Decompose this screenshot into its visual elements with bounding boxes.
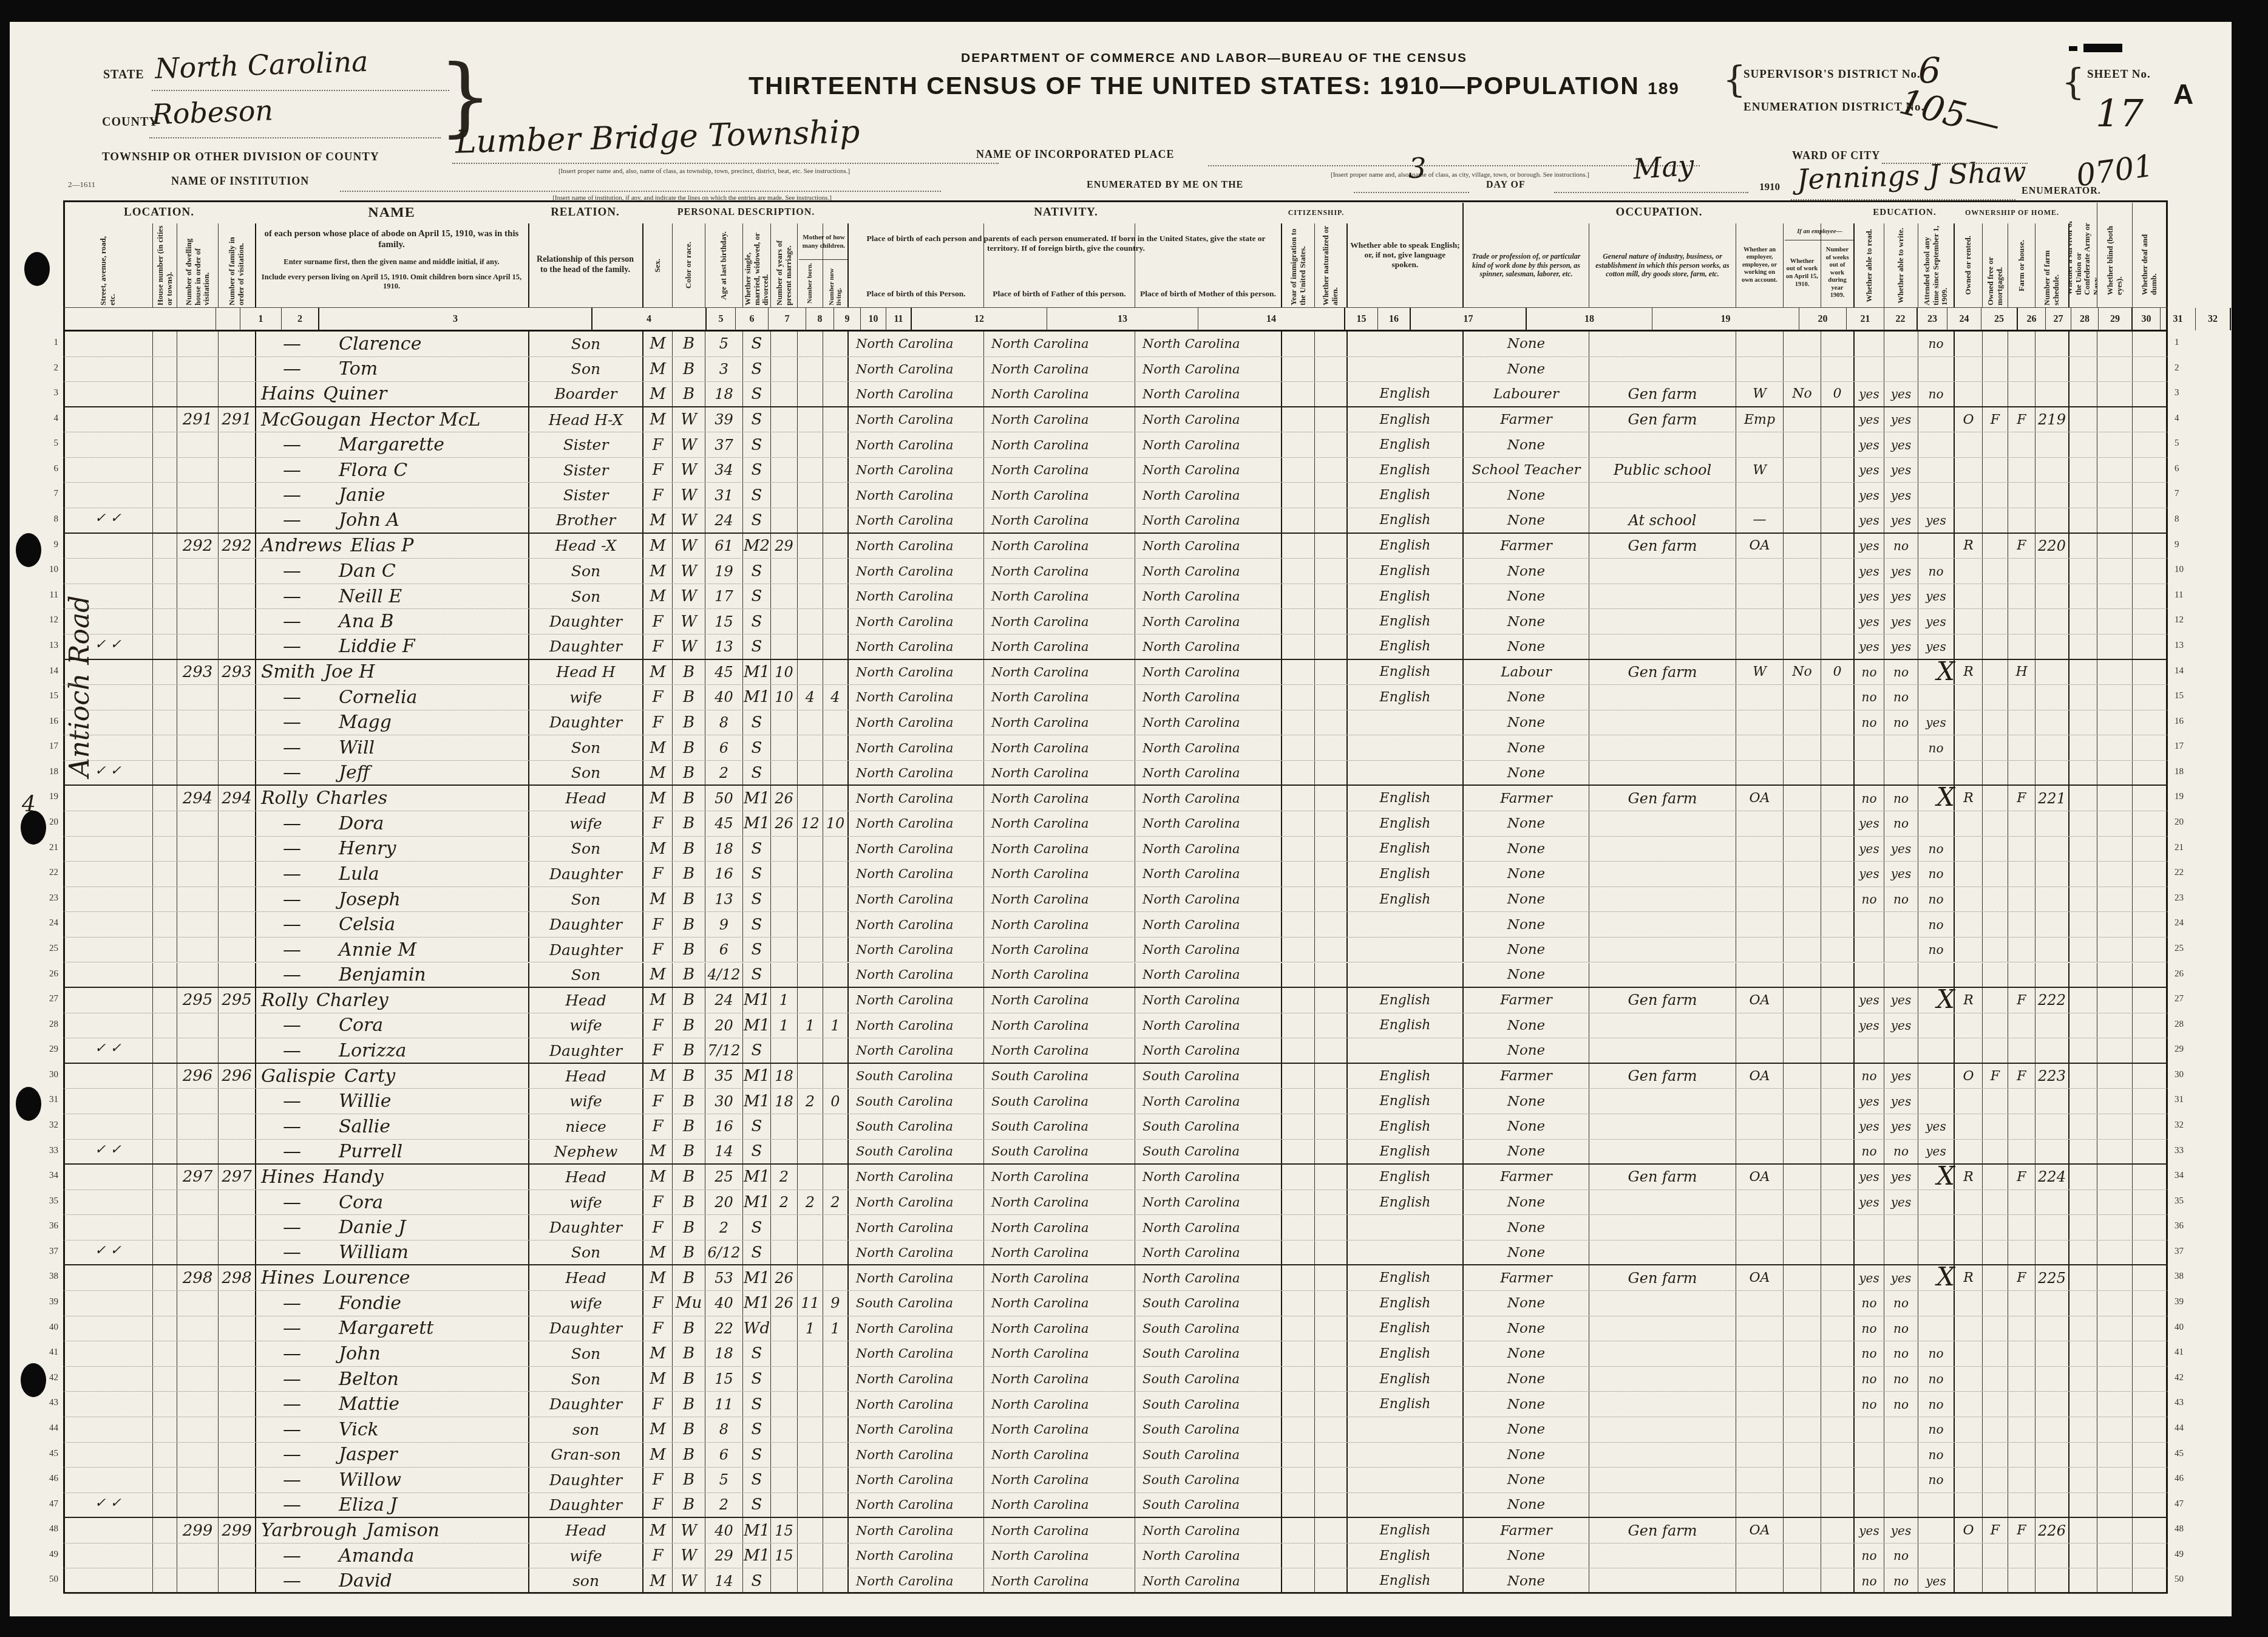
cell-wr: yes	[1884, 458, 1918, 483]
cell-fam	[219, 1367, 256, 1392]
cell-lg: English	[1348, 1013, 1464, 1038]
cell-oc: None	[1464, 887, 1589, 912]
cell-bp: North Carolina	[849, 938, 984, 962]
cell-name: —Cora	[256, 1190, 529, 1215]
cell-cr: B	[673, 357, 705, 382]
row-number-left: 12	[35, 615, 58, 625]
cell-wr: no	[1884, 534, 1918, 559]
table-row: —WilliewifeFB30M11820South CarolinaSouth…	[63, 1089, 2168, 1114]
cell-bp: North Carolina	[849, 1367, 984, 1392]
cell-mf	[1983, 357, 2008, 382]
cell-rd: yes	[1855, 584, 1884, 609]
enumerated-by-label: ENUMERATED BY ME ON THE	[1087, 180, 1243, 191]
cell-lm	[63, 1265, 153, 1290]
scan-edge-bottom	[0, 1616, 2268, 1637]
cell-ow	[1784, 1038, 1821, 1063]
cell-ms: S	[743, 761, 771, 785]
sheet-label: SHEET No.	[2087, 68, 2151, 81]
cell-cb: 4	[798, 685, 823, 710]
cell-ow	[1784, 407, 1821, 432]
surname: —	[261, 712, 305, 733]
surname: —	[261, 1318, 305, 1339]
cell-house	[153, 1543, 177, 1568]
cell-fam	[219, 1114, 256, 1139]
cell-df	[2133, 1518, 2168, 1543]
cell-wr: yes	[1884, 988, 1918, 1013]
cell-nat	[1315, 382, 1348, 406]
cell-bl	[2097, 1367, 2133, 1392]
cell-mf	[1983, 432, 2008, 457]
cell-rd	[1855, 761, 1884, 785]
cell-bf: North Carolina	[984, 786, 1135, 811]
cell-nat	[1315, 1013, 1348, 1038]
cell-rd: no	[1855, 1064, 1884, 1089]
cell-imm	[1282, 761, 1315, 785]
cell-rel: Daughter	[529, 635, 643, 659]
cell-vet	[2069, 1114, 2097, 1139]
cell-fam	[219, 483, 256, 508]
cell-fs	[2035, 735, 2069, 760]
row-number-left: 34	[35, 1171, 58, 1181]
cell-ms: M1	[743, 1265, 771, 1290]
cell-df	[2133, 1392, 2168, 1417]
cell-bf: North Carolina	[984, 761, 1135, 785]
column-header-ms: Whether single, married, widowed, or div…	[743, 223, 771, 307]
cell-vet	[2069, 1140, 2097, 1164]
cell-ym: 1	[771, 988, 798, 1013]
cell-wr	[1884, 963, 1918, 987]
row-number-left: 39	[35, 1297, 58, 1307]
cell-fam	[219, 584, 256, 609]
cell-house	[153, 862, 177, 887]
cell-own	[1955, 887, 1983, 912]
cell-oc: None	[1464, 735, 1589, 760]
cell-df	[2133, 660, 2168, 685]
cell-bm: North Carolina	[1135, 710, 1282, 735]
cell-ag: 24	[705, 988, 743, 1013]
cell-oc: None	[1464, 685, 1589, 710]
cell-mf	[1983, 1165, 2008, 1189]
cell-cb	[798, 1265, 823, 1290]
cell-dw	[177, 761, 219, 785]
sheet-brace: {	[2062, 61, 2085, 103]
cell-rd	[1855, 963, 1884, 987]
cell-name: —Tom	[256, 357, 529, 382]
cell-dw	[177, 1140, 219, 1164]
cell-lg: English	[1348, 1543, 1464, 1568]
cell-bp: North Carolina	[849, 837, 984, 862]
cell-ow	[1784, 761, 1821, 785]
cell-bf: North Carolina	[984, 534, 1135, 559]
cell-cb	[798, 1518, 823, 1543]
cell-nat	[1315, 710, 1348, 735]
given-name: Willie	[339, 1091, 391, 1112]
cell-emp	[1736, 1568, 1784, 1593]
cell-cr: B	[673, 887, 705, 912]
row-number-right: 12	[2175, 615, 2199, 625]
cell-cl	[823, 609, 849, 634]
cell-lm	[63, 559, 153, 584]
cell-name: —William	[256, 1241, 529, 1265]
cell-dw	[177, 1443, 219, 1468]
cell-sx: M	[643, 1568, 673, 1593]
cell-nat	[1315, 508, 1348, 533]
cell-sc	[1918, 811, 1955, 836]
cell-mf	[1983, 1443, 2008, 1468]
cell-sc	[1918, 1493, 1955, 1517]
cell-bl	[2097, 357, 2133, 382]
surname: McGougan	[261, 409, 361, 431]
cell-cl	[823, 1468, 849, 1492]
cell-cl	[823, 1265, 849, 1290]
cell-df	[2133, 761, 2168, 785]
surname: —	[261, 863, 305, 885]
cell-own	[1955, 1241, 1983, 1265]
cell-fam	[219, 1013, 256, 1038]
cell-sx: M	[643, 887, 673, 912]
cell-oc: None	[1464, 1367, 1589, 1392]
given-name: Joseph	[339, 889, 401, 910]
cell-fam	[219, 761, 256, 785]
cell-wr	[1884, 1215, 1918, 1240]
cell-wk	[1821, 534, 1855, 559]
cell-cl	[823, 660, 849, 685]
cell-bf: North Carolina	[984, 357, 1135, 382]
cell-rd: no	[1855, 1140, 1884, 1164]
cell-df	[2133, 963, 2168, 987]
cell-df	[2133, 1341, 2168, 1366]
cell-own	[1955, 1114, 1983, 1139]
cell-cb	[798, 407, 823, 432]
cell-dw: 293	[177, 660, 219, 685]
group-occupation: OCCUPATION.	[1464, 202, 1855, 223]
cell-bl	[2097, 1140, 2133, 1164]
cell-df	[2133, 559, 2168, 584]
cell-ag: 37	[705, 432, 743, 457]
cell-ym	[771, 332, 798, 356]
cell-cb	[798, 1215, 823, 1240]
cell-vet	[2069, 912, 2097, 937]
cell-ym	[771, 1367, 798, 1392]
cell-fam: 291	[219, 407, 256, 432]
cell-fs	[2035, 912, 2069, 937]
surname: Hines	[261, 1166, 314, 1188]
cell-ind: At school	[1589, 508, 1736, 533]
cell-sc	[1918, 1064, 1955, 1089]
cell-bl	[2097, 609, 2133, 634]
cell-house	[153, 1493, 177, 1517]
cell-dw	[177, 1291, 219, 1316]
cell-fh	[2008, 887, 2035, 912]
cell-lg	[1348, 735, 1464, 760]
row-number-right: 47	[2175, 1499, 2199, 1509]
cell-own	[1955, 559, 1983, 584]
cell-emp: OA	[1736, 1064, 1784, 1089]
cell-oc: None	[1464, 1114, 1589, 1139]
cell-vet	[2069, 1341, 2097, 1366]
cell-lg: English	[1348, 382, 1464, 406]
cell-vet	[2069, 357, 2097, 382]
cell-bl	[2097, 887, 2133, 912]
row-number-right: 15	[2175, 691, 2199, 701]
cell-wr: no	[1884, 660, 1918, 685]
cell-lm	[63, 912, 153, 937]
surname: —	[261, 434, 305, 455]
cell-lm	[63, 584, 153, 609]
cell-nat	[1315, 1038, 1348, 1063]
cell-bl	[2097, 837, 2133, 862]
cell-oc: None	[1464, 635, 1589, 659]
cell-fs	[2035, 1443, 2069, 1468]
cell-bf: North Carolina	[984, 1013, 1135, 1038]
cell-imm	[1282, 811, 1315, 836]
cell-wr: no	[1884, 1341, 1918, 1366]
cell-bf: North Carolina	[984, 483, 1135, 508]
cell-imm	[1282, 508, 1315, 533]
cell-cb	[798, 508, 823, 533]
cell-bf: North Carolina	[984, 332, 1135, 356]
cell-imm	[1282, 1265, 1315, 1290]
cell-nat	[1315, 1114, 1348, 1139]
cell-dw	[177, 382, 219, 406]
cell-name: RollyCharley	[256, 988, 529, 1013]
cell-cb	[798, 609, 823, 634]
cell-ym: 26	[771, 1265, 798, 1290]
cell-rel: Daughter	[529, 1493, 643, 1517]
day-of-label: DAY OF	[1486, 180, 1526, 191]
cell-ym	[771, 458, 798, 483]
cell-nat	[1315, 432, 1348, 457]
cell-ag: 40	[705, 1291, 743, 1316]
cell-own	[1955, 382, 1983, 406]
cell-df	[2133, 735, 2168, 760]
surname: —	[261, 509, 305, 531]
cell-bm: North Carolina	[1135, 988, 1282, 1013]
cell-fs	[2035, 1241, 2069, 1265]
cell-house	[153, 1089, 177, 1114]
row-number-left: 14	[35, 666, 58, 676]
cell-nat	[1315, 559, 1348, 584]
column-number: 13	[1047, 308, 1198, 330]
column-header-name	[256, 223, 529, 307]
cell-house	[153, 508, 177, 533]
cell-df	[2133, 685, 2168, 710]
cell-oc: None	[1464, 483, 1589, 508]
cell-rel: Son	[529, 584, 643, 609]
cell-rel: Son	[529, 357, 643, 382]
column-number: 18	[1527, 308, 1652, 330]
cell-fh	[2008, 584, 2035, 609]
cell-bf: North Carolina	[984, 1215, 1135, 1240]
cell-bf: South Carolina	[984, 1114, 1135, 1139]
cell-name: —Willow	[256, 1468, 529, 1492]
cell-fh: F	[2008, 786, 2035, 811]
cell-cb	[798, 534, 823, 559]
cell-rel: Sister	[529, 483, 643, 508]
cell-sc: no	[1918, 382, 1955, 406]
cell-sc: yes	[1918, 609, 1955, 634]
sheet-value: 17	[2096, 91, 2144, 135]
cell-own	[1955, 458, 1983, 483]
cell-lg: English	[1348, 1140, 1464, 1164]
cell-sx: M	[643, 1443, 673, 1468]
cell-bl	[2097, 1543, 2133, 1568]
cell-vet	[2069, 1291, 2097, 1316]
column-header-cr: Color or race.	[673, 223, 705, 307]
cell-wr: yes	[1884, 382, 1918, 406]
cell-nat	[1315, 1089, 1348, 1114]
given-name: Charley	[316, 990, 389, 1011]
cell-cb	[798, 1064, 823, 1089]
cell-bl	[2097, 1013, 2133, 1038]
cell-bp: North Carolina	[849, 1443, 984, 1468]
cell-ag: 15	[705, 609, 743, 634]
cell-mf	[1983, 382, 2008, 406]
group-nativity: NATIVITY.	[850, 202, 1282, 223]
column-header-fh: Farm or house.	[2008, 223, 2035, 307]
cell-bf: North Carolina	[984, 1518, 1135, 1543]
cell-lg: English	[1348, 1089, 1464, 1114]
cell-mf	[1983, 508, 2008, 533]
cell-oc: None	[1464, 1568, 1589, 1593]
row-number-right: 11	[2175, 590, 2199, 601]
cell-ind	[1589, 862, 1736, 887]
cell-bf: North Carolina	[984, 458, 1135, 483]
cell-ind	[1589, 1241, 1736, 1265]
cell-fam: 298	[219, 1265, 256, 1290]
cell-emp: OA	[1736, 1518, 1784, 1543]
column-header-bl: Whether blind (both eyes).	[2097, 203, 2133, 307]
cell-ind	[1589, 584, 1736, 609]
cell-ow	[1784, 1493, 1821, 1517]
cell-ind	[1589, 1291, 1736, 1316]
row-number-right: 6	[2175, 464, 2199, 474]
cell-ag: 45	[705, 811, 743, 836]
cell-house	[153, 483, 177, 508]
cell-house	[153, 912, 177, 937]
column-header-fam: Number of family in order of visitation.	[219, 223, 256, 307]
cell-bl	[2097, 1265, 2133, 1290]
department-line: DEPARTMENT OF COMMERCE AND LABOR—BUREAU …	[759, 51, 1669, 66]
cell-bl	[2097, 735, 2133, 760]
cell-rel: wife	[529, 1089, 643, 1114]
cell-fs	[2035, 811, 2069, 836]
cell-rel: Daughter	[529, 1468, 643, 1492]
cell-ow	[1784, 1417, 1821, 1442]
cell-fam	[219, 1215, 256, 1240]
row-number-right: 29	[2175, 1044, 2199, 1055]
cell-sx: M	[643, 382, 673, 406]
column-number: 10	[861, 308, 886, 330]
cell-ag: 29	[705, 1543, 743, 1568]
surname: —	[261, 737, 305, 758]
cell-sc: no	[1918, 1367, 1955, 1392]
cell-mf	[1983, 988, 2008, 1013]
cell-bf: North Carolina	[984, 938, 1135, 962]
cell-wk	[1821, 938, 1855, 962]
cell-ow	[1784, 1089, 1821, 1114]
cell-vet	[2069, 988, 2097, 1013]
cell-lg	[1348, 1241, 1464, 1265]
surname: —	[261, 813, 305, 834]
cell-bm: North Carolina	[1135, 609, 1282, 634]
cell-cr: B	[673, 660, 705, 685]
cell-cr: B	[673, 1089, 705, 1114]
cell-bm: North Carolina	[1135, 735, 1282, 760]
cell-ind	[1589, 1089, 1736, 1114]
cell-cl	[823, 887, 849, 912]
cell-lm	[63, 1165, 153, 1189]
state-label: STATE	[103, 68, 144, 82]
cell-bl	[2097, 635, 2133, 659]
cell-ag: 14	[705, 1568, 743, 1593]
row-number-left: 1	[35, 338, 58, 348]
cell-cr: B	[673, 1341, 705, 1366]
cell-oc: None	[1464, 1140, 1589, 1164]
cell-df	[2133, 1468, 2168, 1492]
cell-cl	[823, 1064, 849, 1089]
surname: Rolly	[261, 990, 308, 1011]
cell-lg	[1348, 1468, 1464, 1492]
column-header-vet: Whether a survivor of the Union or Confe…	[2069, 203, 2097, 307]
cell-bm: North Carolina	[1135, 407, 1282, 432]
table-row: 295295RollyCharleyHeadMB24M11North Carol…	[63, 988, 2168, 1013]
cell-ag: 45	[705, 660, 743, 685]
given-name: Margarett	[339, 1318, 433, 1339]
cell-own: R	[1955, 660, 1983, 685]
cell-lg: English	[1348, 584, 1464, 609]
cell-ag: 9	[705, 912, 743, 937]
cell-ind	[1589, 1038, 1736, 1063]
margin-note: 4	[22, 792, 36, 817]
cell-dw	[177, 1316, 219, 1341]
cell-cr: B	[673, 1443, 705, 1468]
cell-cr: B	[673, 332, 705, 356]
surname: —	[261, 611, 305, 632]
cell-bm: South Carolina	[1135, 1392, 1282, 1417]
table-row: —LorizzaDaughterFB7/12SNorth CarolinaNor…	[63, 1038, 2168, 1064]
cell-imm	[1282, 432, 1315, 457]
cell-rd	[1855, 912, 1884, 937]
cell-bm: North Carolina	[1135, 584, 1282, 609]
row-number-left: 11	[35, 590, 58, 601]
table-row: —JeffSonMB2SNorth CarolinaNorth Carolina…	[63, 761, 2168, 786]
cell-sx: M	[643, 1341, 673, 1366]
cell-sx: F	[643, 1089, 673, 1114]
cell-dw: 292	[177, 534, 219, 559]
cell-bp: North Carolina	[849, 786, 984, 811]
cell-rd: yes	[1855, 534, 1884, 559]
cell-fam	[219, 837, 256, 862]
cell-ms: M2	[743, 534, 771, 559]
cell-rel: Sister	[529, 432, 643, 457]
cell-wk	[1821, 1291, 1855, 1316]
table-row: —BeltonSonMB15SNorth CarolinaNorth Carol…	[63, 1367, 2168, 1392]
cell-fam	[219, 1392, 256, 1417]
cell-cb: 2	[798, 1089, 823, 1114]
cell-dw	[177, 1417, 219, 1442]
cell-bf: North Carolina	[984, 685, 1135, 710]
row-number-right: 23	[2175, 893, 2199, 904]
column-number: 12	[912, 308, 1047, 330]
cell-sx: F	[643, 912, 673, 937]
cell-nat	[1315, 1140, 1348, 1164]
cell-cb	[798, 584, 823, 609]
cell-cb	[798, 1341, 823, 1366]
row-number-right: 16	[2175, 716, 2199, 727]
cell-own	[1955, 1568, 1983, 1593]
cell-mf	[1983, 1291, 2008, 1316]
